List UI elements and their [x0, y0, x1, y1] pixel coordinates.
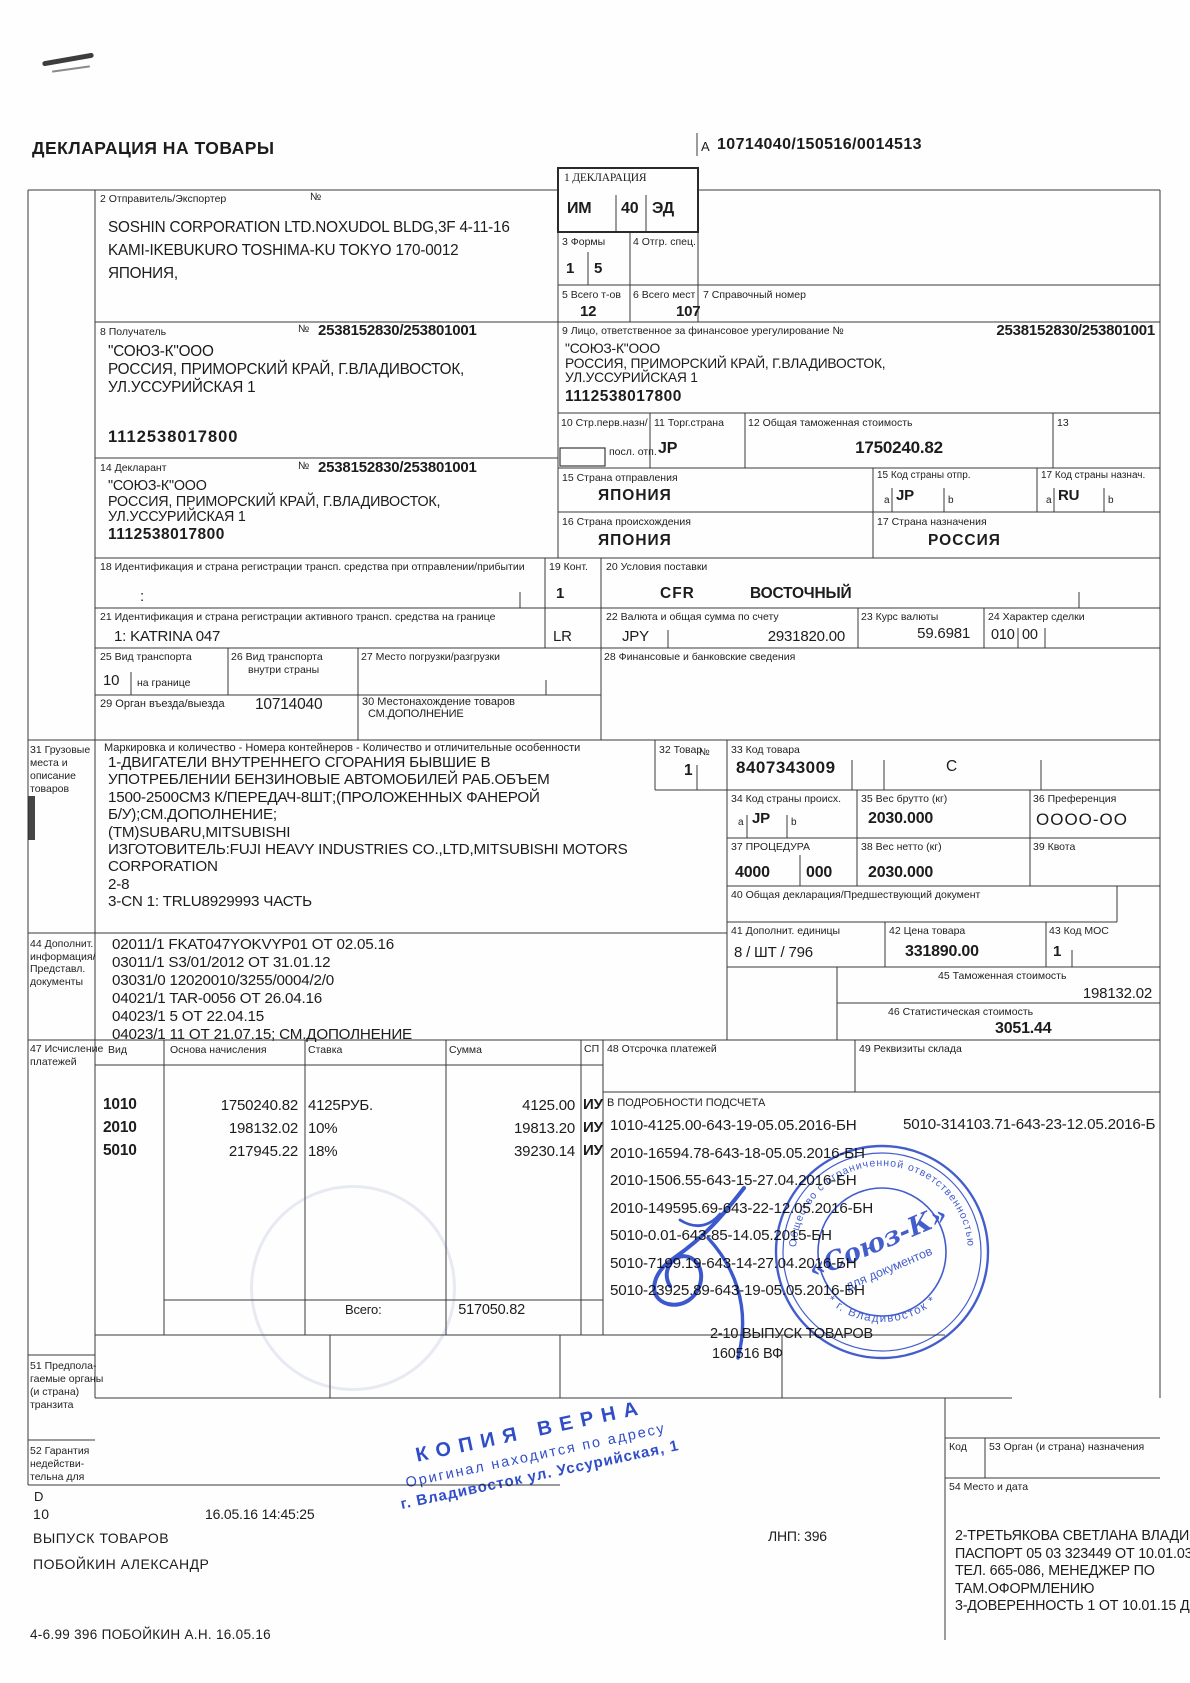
box42-label: 42 Цена товара	[889, 925, 965, 937]
side-label-line: транзита	[30, 1399, 103, 1412]
lnp-number: ЛНП: 396	[768, 1528, 827, 1544]
box2-no-label: №	[310, 191, 321, 203]
side-label-line: тельна для	[30, 1471, 89, 1484]
box37-v2: 000	[806, 864, 832, 882]
box45-value: 198132.02	[1040, 985, 1152, 1002]
box9-number: 2538152830/253801001	[945, 322, 1155, 339]
box44-documents: 02011/1 FKAT047YOKVYP01 ОТ 02.05.1603011…	[112, 936, 412, 1044]
box32-label: 32 Товар	[659, 744, 702, 756]
payment-row-rate: 18%	[308, 1143, 337, 1160]
payment-row-sp: ИУ	[583, 1119, 603, 1136]
box42-value: 331890.00	[905, 943, 979, 961]
box17a-b: b	[1108, 495, 1114, 507]
payment-row-sp: ИУ	[583, 1096, 603, 1113]
payment-row-sum: 19813.20	[455, 1120, 575, 1137]
col-vid: Вид	[108, 1044, 127, 1056]
box25-value: 10	[103, 672, 119, 689]
box15a-value: JP	[896, 487, 914, 504]
box4-label: 4 Отгр. спец.	[633, 236, 696, 248]
box34-label: 34 Код страны происх.	[731, 793, 841, 805]
box48-label: 48 Отсрочка платежей	[607, 1043, 717, 1055]
goods-line: (TM)SUBARU,MITSUBISHI	[108, 824, 628, 841]
box10-label: 10 Стр.перв.назн/	[561, 417, 648, 429]
declarant-line: "СОЮЗ-К"ООО	[108, 479, 440, 495]
box14-no-label: №	[298, 460, 309, 472]
box18-value: :	[140, 588, 144, 605]
goods-line: CORPORATION	[108, 858, 628, 875]
box15-value: ЯПОНИЯ	[598, 487, 672, 505]
box17a-value: RU	[1058, 487, 1079, 504]
payment-row-sp: ИУ	[583, 1142, 603, 1159]
signature	[612, 1180, 812, 1380]
box52-d-label: D	[34, 1490, 43, 1505]
col-rate: Ставка	[308, 1044, 342, 1056]
box19-value: 1	[556, 585, 564, 602]
box1-type: ИМ	[567, 200, 591, 218]
col-base: Основа начисления	[170, 1044, 267, 1056]
box6-label: 6 Всего мест	[633, 289, 695, 301]
box17a-a: а	[1046, 495, 1052, 507]
box37-v1: 4000	[735, 864, 770, 882]
box6-value: 107	[676, 303, 700, 320]
declarant-line: УЛ.УССУРИЙСКАЯ 1	[108, 510, 440, 526]
total-label: Всего:	[345, 1303, 382, 1318]
total-value: 517050.82	[425, 1302, 525, 1319]
sender-line: KAMI-IKEBUKURO TOSHIMA-KU TOKYO 170-0012	[108, 239, 510, 262]
box8-content: "СОЮЗ-К"ОООРОССИЯ, ПРИМОРСКИЙ КРАЙ, Г.ВЛ…	[108, 343, 464, 397]
box9-ogrn: 1112538017800	[565, 388, 682, 406]
box24-v1: 010	[991, 627, 1015, 644]
side-label-line: места и	[30, 757, 90, 770]
box14-number: 2538152830/253801001	[318, 459, 477, 476]
box44-side-label: 44 Дополнит.информация/Представл.докумен…	[30, 938, 96, 988]
box22-amount: 2931820.00	[690, 628, 845, 645]
box24-label: 24 Характер сделки	[988, 611, 1085, 623]
box8-label: 8 Получатель	[100, 326, 166, 338]
ghost-stamp	[250, 1185, 456, 1391]
box35-label: 35 Вес брутто (кг)	[861, 793, 947, 805]
payment-row-base: 217945.22	[175, 1143, 298, 1160]
payment-row-sum: 4125.00	[455, 1097, 575, 1114]
box52-side-label: 52 Гарантиянедействи-тельна для	[30, 1445, 89, 1484]
box8-number: 2538152830/253801001	[318, 322, 477, 339]
box29-value: 10714040	[255, 696, 322, 714]
side-label-line: (и страна)	[30, 1386, 103, 1399]
box17-value: РОССИЯ	[928, 532, 1001, 550]
release-line2: ПОБОЙКИН АЛЕКСАНДР	[33, 1556, 209, 1572]
box21-code: LR	[553, 628, 572, 645]
side-label-line: описание	[30, 770, 90, 783]
box32-value: 1	[684, 762, 692, 780]
box11-label: 11 Торг.страна	[654, 417, 724, 429]
box19-label: 19 Конт.	[549, 561, 588, 573]
box9-label: 9 Лицо, ответственное за финансовое урег…	[562, 325, 844, 337]
box17a-label: 17 Код страны назнач.	[1041, 470, 1145, 482]
box43-value: 1	[1053, 943, 1061, 960]
side-label-line: недействи-	[30, 1458, 89, 1471]
box35-value: 2030.000	[868, 810, 933, 828]
box38-value: 2030.000	[868, 864, 933, 882]
payment-row-vid: 2010	[103, 1119, 137, 1137]
box2-content: SOSHIN CORPORATION LTD.NOXUDOL BLDG,3F 4…	[108, 216, 510, 285]
round-stamp-outer-bottom: * г. Владивосток *	[825, 1294, 939, 1325]
box26-sub: внутри страны	[248, 664, 319, 676]
box25-label: 25 Вид транспорта	[100, 651, 192, 663]
box14-label: 14 Декларант	[100, 462, 167, 474]
box53-kod-label: Код	[949, 1441, 967, 1453]
broker-line: 2-ТРЕТЬЯКОВА СВЕТЛАНА ВЛАДИСЛАВОВНА	[955, 1528, 1190, 1546]
box27-label: 27 Место погрузки/разгрузки	[361, 651, 500, 663]
box25-sub: на границе	[137, 677, 190, 689]
box1-kind: ЭД	[652, 200, 674, 218]
release-datetime: 16.05.16 14:45:25	[205, 1506, 314, 1522]
goods-description: 1-ДВИГАТЕЛИ ВНУТРЕННЕГО СГОРАНИЯ БЫВШИЕ …	[108, 754, 628, 911]
box36-label: 36 Преференция	[1033, 793, 1116, 805]
box17-label: 17 Страна назначения	[877, 516, 987, 528]
broker-line: ПАСПОРТ 05 03 323449 ОТ 10.01.03,	[955, 1546, 1190, 1564]
box43-label: 43 Код МОС	[1049, 925, 1109, 937]
payment-row-base: 198132.02	[175, 1120, 298, 1137]
box30-value: СМ.ДОПОЛНЕНИЕ	[368, 708, 463, 721]
broker-line: 3-ДОВЕРЕННОСТЬ 1 ОТ 10.01.15 ДО 10.01.18	[955, 1598, 1190, 1616]
box8-no-label: №	[298, 323, 309, 335]
payment-row-base: 1750240.82	[175, 1097, 298, 1114]
box7-label: 7 Справочный номер	[703, 289, 806, 301]
col-sum: Сумма	[449, 1044, 482, 1056]
box51-side-label: 51 Предпола-гаемые органы(и страна)транз…	[30, 1360, 103, 1412]
box15a-a: а	[884, 495, 890, 507]
box26-label: 26 Вид транспорта	[231, 651, 323, 663]
box54-content: 2-ТРЕТЬЯКОВА СВЕТЛАНА ВЛАДИСЛАВОВНАПАСПО…	[955, 1528, 1190, 1616]
box16-value: ЯПОНИЯ	[598, 532, 672, 550]
box49-label: 49 Реквизиты склада	[859, 1043, 962, 1055]
box33-label: 33 Код товара	[731, 744, 800, 756]
box34-a: а	[738, 817, 744, 829]
box54-label: 54 Место и дата	[949, 1481, 1028, 1493]
document-line: 04023/1 5 ОТ 22.04.15	[112, 1008, 412, 1026]
calc-details-label: В ПОДРОБНОСТИ ПОДСЧЕТА	[607, 1097, 765, 1110]
box12-value: 1750240.82	[745, 438, 1053, 458]
box33-value: 8407343009	[736, 758, 836, 778]
consignee-line: УЛ.УССУРИЙСКАЯ 1	[108, 379, 464, 397]
box15a-label: 15 Код страны отпр.	[877, 470, 971, 482]
box29-label: 29 Орган въезда/выезда	[100, 698, 225, 711]
box15-label: 15 Страна отправления	[562, 472, 678, 484]
payment-row-rate: 10%	[308, 1120, 337, 1137]
box10-sub-label: посл. отп.	[609, 446, 657, 458]
payment-row-vid: 5010	[103, 1142, 137, 1160]
side-label-line: Представл.	[30, 963, 96, 976]
goods-line: 3-CN 1: TRLU8929993 ЧАСТЬ	[108, 893, 628, 910]
box34-b: b	[791, 817, 797, 829]
box13-label: 13	[1057, 417, 1069, 429]
box31-header: Маркировка и количество - Номера контейн…	[104, 742, 644, 755]
box20-term: CFR	[660, 585, 695, 603]
box40-label: 40 Общая декларация/Предшествующий докум…	[731, 889, 980, 901]
page-title: ДЕКЛАРАЦИЯ НА ТОВАРЫ	[32, 138, 275, 158]
box34-value: JP	[752, 810, 770, 827]
sender-line: SOSHIN CORPORATION LTD.NOXUDOL BLDG,3F 4…	[108, 216, 510, 239]
box1-label: 1 ДЕКЛАРАЦИЯ	[564, 172, 646, 185]
payment-row-vid: 1010	[103, 1096, 137, 1114]
box3-label: 3 Формы	[562, 236, 605, 248]
broker-line: ТАМ.ОФОРМЛЕНИЮ	[955, 1581, 1190, 1599]
customs-declaration-page: ДЕКЛАРАЦИЯ НА ТОВАРЫ А 10714040/150516/0…	[0, 0, 1190, 1683]
calc-details-col2: 5010-314103.71-643-23-12.05.2016-Б	[903, 1116, 1155, 1133]
box22-label: 22 Валюта и общая сумма по счету	[606, 611, 779, 623]
document-line: 02011/1 FKAT047YOKVYP01 ОТ 02.05.16	[112, 936, 412, 954]
box30-label: 30 Местонахождение товаров	[362, 696, 515, 709]
reg-prefix: А	[701, 140, 709, 155]
box33-flag: C	[946, 758, 957, 776]
side-label-line: 51 Предпола-	[30, 1360, 103, 1373]
scan-blob	[28, 796, 35, 840]
box23-value: 59.6981	[870, 625, 970, 642]
box3-v2: 5	[594, 260, 602, 277]
box45-label: 45 Таможенная стоимость	[938, 970, 1066, 982]
box47-side-label: 47 Исчислениеплатежей	[30, 1043, 103, 1068]
side-label-line: гаемые органы	[30, 1373, 103, 1386]
box46-label: 46 Статистическая стоимость	[888, 1006, 1033, 1018]
box28-label: 28 Финансовые и банковские сведения	[604, 651, 795, 663]
page-footer: 4-6.99 396 ПОБОЙКИН А.Н. 16.05.16	[30, 1627, 271, 1643]
goods-line: 1-ДВИГАТЕЛИ ВНУТРЕННЕГО СГОРАНИЯ БЫВШИЕ …	[108, 754, 628, 771]
box46-value: 3051.44	[995, 1020, 1051, 1038]
box39-label: 39 Квота	[1033, 841, 1075, 853]
box8-ogrn: 1112538017800	[108, 428, 238, 447]
box15a-b: b	[948, 495, 954, 507]
box36-value: ОООО-ОО	[1036, 810, 1128, 830]
side-label-line: 31 Грузовые	[30, 744, 90, 757]
box12-label: 12 Общая таможенная стоимость	[748, 417, 912, 429]
box31-side-label: 31 Грузовыеместа иописаниетоваров	[30, 744, 90, 796]
box21-value: 1: KATRINA 047	[114, 628, 220, 645]
side-label-line: 47 Исчисление	[30, 1043, 103, 1056]
box2-label: 2 Отправитель/Экспортер	[100, 193, 226, 205]
box3-v1: 1	[566, 260, 574, 277]
reg-number: 10714040/150516/0014513	[717, 136, 922, 154]
goods-line: Б/У);СМ.ДОПОЛНЕНИЕ;	[108, 806, 628, 823]
side-label-line: документы	[30, 976, 96, 989]
side-label-line: товаров	[30, 783, 90, 796]
broker-line: ТЕЛ. 665-086, МЕНЕДЖЕР ПО	[955, 1563, 1190, 1581]
box20-place: ВОСТОЧНЫЙ	[750, 585, 851, 603]
release-code: 10	[33, 1506, 50, 1522]
release-line1: ВЫПУСК ТОВАРОВ	[33, 1530, 169, 1546]
box14-content: "СОЮЗ-К"ОООРОССИЯ, ПРИМОРСКИЙ КРАЙ, Г.ВЛ…	[108, 479, 440, 526]
fin-person-line: РОССИЯ, ПРИМОРСКИЙ КРАЙ, Г.ВЛАДИВОСТОК,	[565, 357, 885, 372]
box5-value: 12	[580, 303, 596, 320]
box32-no-label: №	[699, 747, 710, 759]
box37-label: 37 ПРОЦЕДУРА	[731, 841, 810, 853]
consignee-line: "СОЮЗ-К"ООО	[108, 343, 464, 361]
side-label-line: платежей	[30, 1056, 103, 1069]
payment-row-sum: 39230.14	[455, 1143, 575, 1160]
sender-line: ЯПОНИЯ,	[108, 262, 510, 285]
goods-line: ИЗГОТОВИТЕЛЬ:FUJI HEAVY INDUSTRIES CO.,L…	[108, 841, 628, 858]
document-line: 03011/1 S3/01/2012 ОТ 31.01.12	[112, 954, 412, 972]
box14-ogrn: 1112538017800	[108, 526, 225, 544]
box23-label: 23 Курс валюты	[861, 611, 938, 623]
box5-label: 5 Всего т-ов	[562, 289, 621, 301]
goods-line: УПОТРЕБЛЕНИИ БЕНЗИНОВЫЕ АВТОМОБИЛЕЙ РАБ.…	[108, 771, 628, 788]
fin-person-line: УЛ.УССУРИЙСКАЯ 1	[565, 371, 885, 386]
side-label-line: 52 Гарантия	[30, 1445, 89, 1458]
col-sp: СП	[584, 1043, 599, 1055]
side-label-line: 44 Дополнит.	[30, 938, 96, 951]
box41-value: 8 / ШТ / 796	[734, 944, 813, 961]
box9-content: "СОЮЗ-К"ОООРОССИЯ, ПРИМОРСКИЙ КРАЙ, Г.ВЛ…	[565, 342, 885, 386]
box38-label: 38 Вес нетто (кг)	[861, 841, 942, 853]
box24-v2: 00	[1022, 627, 1038, 644]
box22-currency: JPY	[622, 628, 649, 645]
goods-line: 2-8	[108, 876, 628, 893]
document-line: 04023/1 11 ОТ 21.07.15; СМ.ДОПОЛНЕНИЕ	[112, 1026, 412, 1044]
consignee-line: РОССИЯ, ПРИМОРСКИЙ КРАЙ, Г.ВЛАДИВОСТОК,	[108, 361, 464, 379]
box41-label: 41 Дополнит. единицы	[731, 925, 840, 937]
goods-line: 1500-2500СМ3 К/ПЕРЕДАЧ-8ШТ;(ПРОЛОЖЕННЫХ …	[108, 789, 628, 806]
box53-label: 53 Орган (и страна) назначения	[989, 1441, 1144, 1453]
box18-label: 18 Идентификация и страна регистрации тр…	[100, 561, 530, 573]
box1-code: 40	[621, 200, 638, 218]
document-line: 03031/0 12020010/3255/0004/2/0	[112, 972, 412, 990]
box21-label: 21 Идентификация и страна регистрации ак…	[100, 611, 540, 623]
svg-text:* г. Владивосток *: * г. Владивосток *	[825, 1294, 939, 1325]
side-label-line: информация/	[30, 951, 96, 964]
box11-value: JP	[658, 440, 677, 458]
document-line: 04021/1 TAR-0056 ОТ 26.04.16	[112, 990, 412, 1008]
box16-label: 16 Страна происхождения	[562, 516, 691, 528]
payment-row-rate: 4125РУБ.	[308, 1097, 373, 1114]
declarant-line: РОССИЯ, ПРИМОРСКИЙ КРАЙ, Г.ВЛАДИВОСТОК,	[108, 495, 440, 511]
box20-label: 20 Условия поставки	[606, 561, 707, 573]
fin-person-line: "СОЮЗ-К"ООО	[565, 342, 885, 357]
